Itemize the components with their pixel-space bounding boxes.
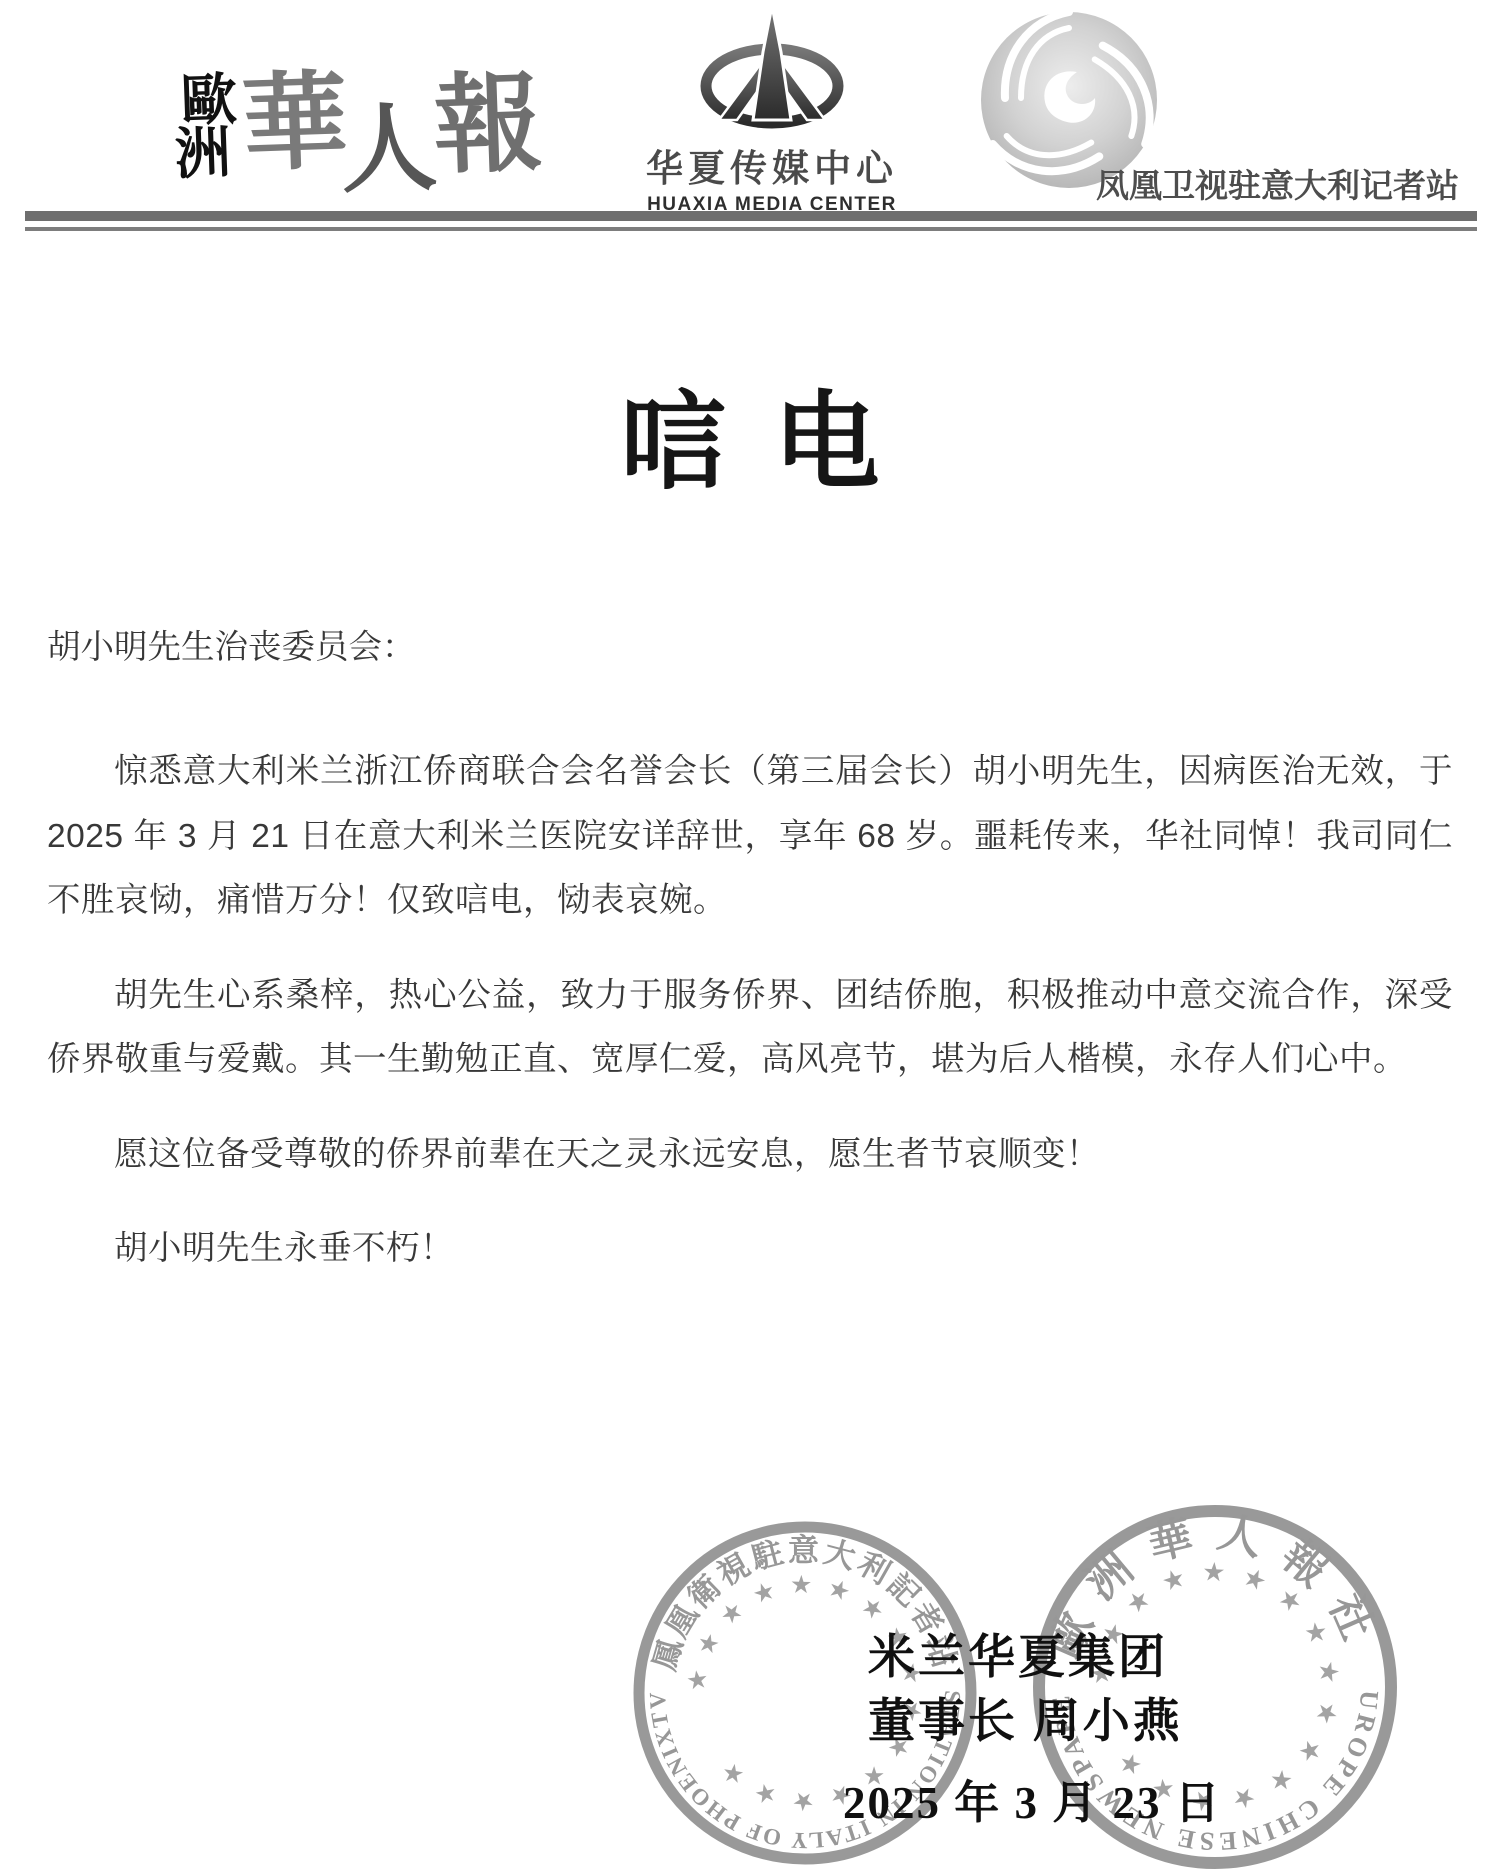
calligraphy-char: 華 [239, 37, 350, 193]
phoenix-station-caption: 凤凰卫视驻意大利记者站 [1096, 160, 1459, 207]
header-divider-thick [25, 211, 1477, 221]
calligraphy-char: 報 [431, 36, 544, 195]
signature-date: 2025 年 3 月 23 日 [843, 1766, 1222, 1831]
calligraphy-char: 洲 [174, 128, 232, 183]
calligraphy-stacked-chars: 歐 洲 [180, 74, 240, 182]
header-divider-thin [25, 227, 1477, 231]
paragraph: 愿这位备受尊敬的侨界前辈在天之灵永远安息，愿生者节哀顺变！ [47, 1123, 1453, 1188]
condolence-letter-page: { "header": { "newspaper_calligraphy": {… [0, 0, 1500, 1875]
paragraph: 惊悉意大利米兰浙江侨商联合会名誉会长（第三届会长）胡小明先生，因病医治无效，于 … [47, 740, 1453, 934]
tower-icon [697, 6, 847, 132]
newspaper-calligraphy-logo: 歐 洲 華 人 報 [179, 38, 545, 217]
paragraph: 胡先生心系桑梓，热心公益，致力于服务侨界、团结侨胞，积极推动中意交流合作，深受侨… [47, 964, 1453, 1093]
paragraph: 胡小明先生永垂不朽！ [47, 1217, 1453, 1282]
signature-signer: 董事长 周小燕 [868, 1684, 1183, 1751]
huaxia-chinese-name: 华夏传媒中心 [632, 138, 912, 192]
calligraphy-char: 人 [338, 71, 439, 211]
huaxia-media-center-logo: 华夏传媒中心 HUAXIA MEDIA CENTER [632, 6, 912, 216]
salutation: 胡小明先生治丧委员会： [47, 628, 1453, 668]
signature-organization: 米兰华夏集团 [868, 1620, 1168, 1687]
page-title: 唁电 [0, 358, 1500, 510]
calligraphy-char: 歐 [180, 74, 238, 129]
letter-body: 胡小明先生治丧委员会： 惊悉意大利米兰浙江侨商联合会名誉会长（第三届会长）胡小明… [47, 628, 1453, 1312]
